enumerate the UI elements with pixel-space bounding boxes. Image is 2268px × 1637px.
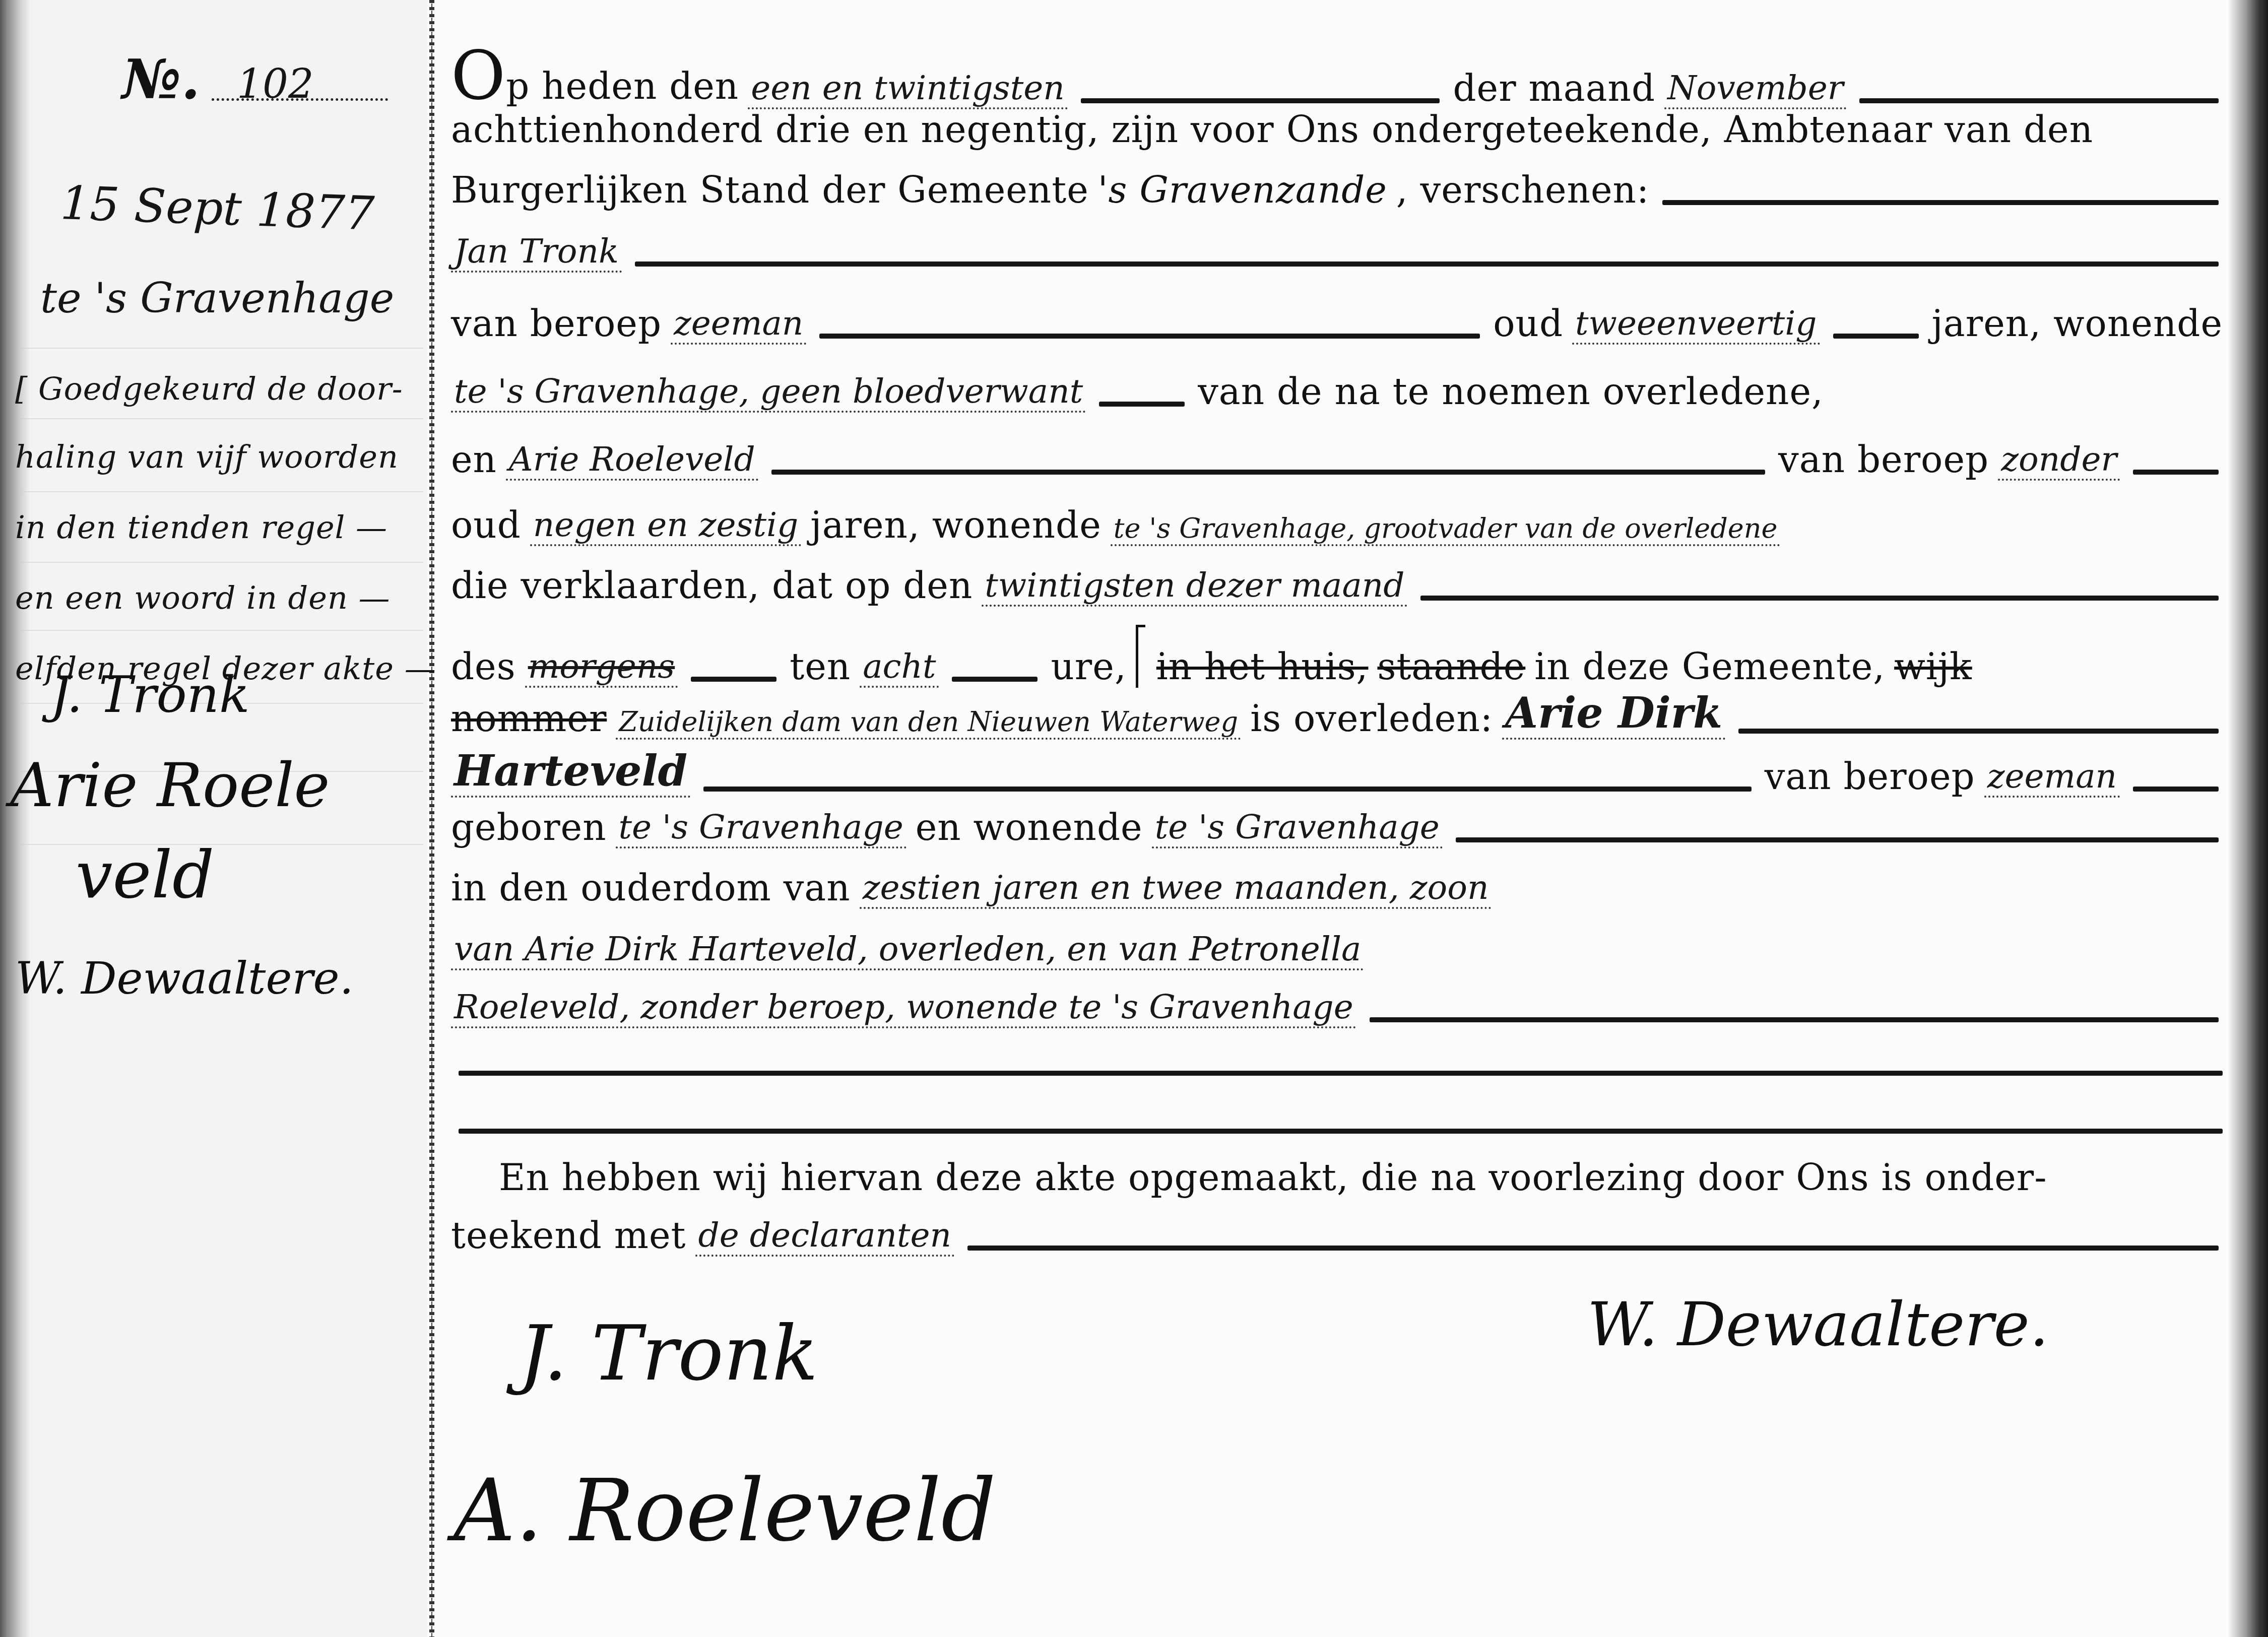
printed-text: p heden den — [506, 65, 739, 107]
field-deceased-residence: te 's Gravenhage — [1152, 808, 1443, 848]
struck-text: wijk — [1894, 645, 1972, 688]
margin-annotation-line: en een woord in den — — [15, 579, 391, 616]
form-line-3: Burgerlijken Stand der Gemeente 's Grave… — [451, 169, 2223, 211]
printed-text: en wonende — [916, 806, 1143, 848]
form-line-9: die verklaarden, dat op den twintigsten … — [451, 564, 2223, 607]
printed-text: in deze Gemeente, — [1534, 645, 1885, 688]
form-line-10: des morgens ten acht ure, in het huis, s… — [451, 625, 2223, 688]
printed-text: is overleden: — [1250, 697, 1493, 740]
field-declarant-2-name: Arie Roeleveld — [506, 440, 758, 481]
printed-text: Burgerlijken Stand der Gemeente — [451, 169, 1089, 211]
signature-declarant-1: J. Tronk — [519, 1310, 818, 1398]
printed-text: achttienhonderd drie en negentig, zijn v… — [451, 108, 2093, 151]
form-line-2: achttienhonderd drie en negentig, zijn v… — [451, 108, 2223, 151]
printed-text: oud — [451, 504, 521, 546]
printed-text: geboren — [451, 806, 607, 848]
fill-rule — [1099, 402, 1185, 407]
margin-signature-roeleveld-1: Arie Roele — [10, 751, 330, 821]
printed-text: , verschenen: — [1396, 169, 1649, 211]
printed-text: oud — [1493, 302, 1563, 345]
printed-text: in den ouderdom van — [451, 867, 851, 909]
closing-line-2: teekend met de declaranten — [451, 1214, 2223, 1257]
document-page: №. 102 15 Sept 1877 te 's Gravenhage [ G… — [0, 0, 2268, 1637]
printed-text: der maand — [1453, 67, 1655, 109]
field-declarant-2-occupation: zonder — [1998, 440, 2120, 481]
margin-signature-roeleveld-2: veld — [76, 836, 214, 913]
signature-official: W. Dewaaltere. — [1587, 1290, 2049, 1360]
record-number-dotted-line — [212, 98, 388, 101]
field-declarant-1-residence: te 's Gravenhage, geen bloedverwant — [451, 372, 1086, 413]
fill-rule — [1662, 200, 2219, 205]
printed-text: En hebben wij hiervan deze akte opgemaak… — [499, 1156, 2047, 1199]
field-declarant-1-occupation: zeeman — [671, 304, 806, 345]
fill-rule — [1370, 1017, 2219, 1022]
field-deceased-birthplace: te 's Gravenhage — [616, 808, 906, 848]
field-parents-2: Roeleveld, zonder beroep, wonende te 's … — [451, 988, 1356, 1028]
margin-ruling — [20, 491, 423, 492]
fill-rule — [771, 470, 1765, 475]
printed-text: jaren, wonende — [810, 504, 1101, 546]
printed-text: van de na te noemen overledene, — [1198, 370, 1824, 413]
form-line-13: geboren te 's Gravenhage en wonende te '… — [451, 806, 2223, 848]
margin-ruling — [20, 348, 423, 349]
struck-text: in het huis, — [1156, 645, 1369, 688]
fill-rule — [691, 677, 776, 682]
form-line-14: in den ouderdom van zestien jaren en twe… — [451, 867, 2223, 909]
field-time-of-day: morgens — [525, 647, 678, 688]
field-signed-with: de declaranten — [695, 1216, 955, 1257]
fill-rule — [703, 787, 1751, 792]
field-deceased-first-names: Arie Dirk — [1502, 688, 1725, 740]
municipality-name: 's Gravenzande — [1098, 169, 1387, 211]
form-line-12: Harteveld van beroep zeeman — [451, 746, 2223, 798]
printed-text: jaren, wonende — [1932, 302, 2223, 345]
margin-birth-place: te 's Gravenhage — [40, 275, 394, 322]
fill-rule — [819, 334, 1480, 339]
form-line-5: van beroep zeeman oud tweeenveertig jare… — [451, 302, 2223, 345]
printed-text: van beroep — [1778, 438, 1989, 481]
printed-text: teekend met — [451, 1214, 686, 1257]
form-line-6: te 's Gravenhage, geen bloedverwant van … — [451, 370, 2223, 413]
margin-signature-official: W. Dewaaltere. — [15, 952, 354, 1004]
fill-rule — [2133, 787, 2219, 792]
form-line-1: Op heden den een en twintigsten der maan… — [451, 43, 2223, 109]
fill-rule — [1738, 729, 2219, 734]
field-deceased-age: zestien jaren en twee maanden, zoon — [860, 868, 1492, 909]
field-deceased-surname: Harteveld — [451, 746, 690, 798]
form-line-7: en Arie Roeleveld van beroep zonder — [451, 438, 2223, 481]
drop-cap: O — [451, 37, 506, 115]
margin-annotation-line: [ Goedgekeurd de door- — [15, 370, 403, 407]
record-number-label: №. — [122, 48, 200, 111]
printed-text: en — [451, 438, 497, 481]
form-line-16: Roeleveld, zonder beroep, wonende te 's … — [451, 988, 2223, 1028]
field-declarant-2-age: negen en zestig — [530, 505, 802, 546]
field-parents-1: van Arie Dirk Harteveld, overleden, en v… — [451, 930, 1364, 970]
deletion-bracket — [1136, 625, 1145, 688]
margin-signature-tronk: J. Tronk — [50, 665, 250, 724]
struck-text: nommer — [451, 697, 607, 740]
margin-ruling — [20, 562, 423, 563]
field-hour: acht — [860, 647, 939, 688]
fill-rule — [635, 261, 2219, 267]
fill-rule — [1833, 334, 1919, 339]
blank-rule — [459, 1129, 2223, 1134]
fill-rule — [1081, 98, 1440, 103]
fill-rule — [2133, 470, 2219, 475]
perforation-divider — [429, 0, 434, 1637]
form-line-11: nommer Zuidelijken dam van den Nieuwen W… — [451, 688, 2223, 740]
printed-text: van beroep — [1765, 755, 1975, 798]
printed-text: die verklaarden, dat op den — [451, 564, 973, 607]
margin-annotation-line: in den tienden regel — — [15, 509, 387, 546]
form-line-4: Jan Tronk — [451, 232, 2223, 273]
fill-rule — [967, 1246, 2219, 1251]
form-line-15: van Arie Dirk Harteveld, overleden, en v… — [451, 930, 2223, 970]
printed-text: des — [451, 645, 516, 688]
field-declarant-1-name: Jan Tronk — [451, 232, 622, 273]
field-deceased-occupation: zeeman — [1984, 757, 2120, 798]
field-declarant-1-age: tweeenveertig — [1572, 304, 1820, 345]
fill-rule — [1859, 98, 2219, 103]
printed-text: ure, — [1051, 645, 1126, 688]
struck-text: staande — [1377, 645, 1525, 688]
margin-annotation-line: haling van vijf woorden — [15, 438, 399, 475]
form-line-8: oud negen en zestig jaren, wonende te 's… — [451, 504, 2223, 546]
printed-text: ten — [790, 645, 851, 688]
margin-ruling — [20, 630, 423, 631]
closing-line-1: En hebben wij hiervan deze akte opgemaak… — [499, 1156, 2223, 1199]
field-declarant-2-residence: te 's Gravenhage, grootvader van de over… — [1111, 512, 1781, 546]
fill-rule — [952, 677, 1038, 682]
fill-rule — [1456, 837, 2219, 842]
margin-birth-date: 15 Sept 1877 — [59, 176, 375, 241]
printed-text: van beroep — [451, 302, 662, 345]
scan-edge-shadow-right — [2228, 0, 2268, 1637]
signature-declarant-2: A. Roeleveld — [453, 1461, 996, 1561]
field-day: een en twintigsten — [748, 69, 1068, 109]
field-date-of-death: twintigsten dezer maand — [982, 566, 1407, 607]
field-place-of-death: Zuidelijken dam van den Nieuwen Waterweg — [616, 706, 1241, 740]
blank-rule — [459, 1071, 2223, 1076]
margin-ruling — [20, 418, 423, 419]
fill-rule — [1420, 596, 2219, 601]
field-month: November — [1664, 69, 1846, 109]
